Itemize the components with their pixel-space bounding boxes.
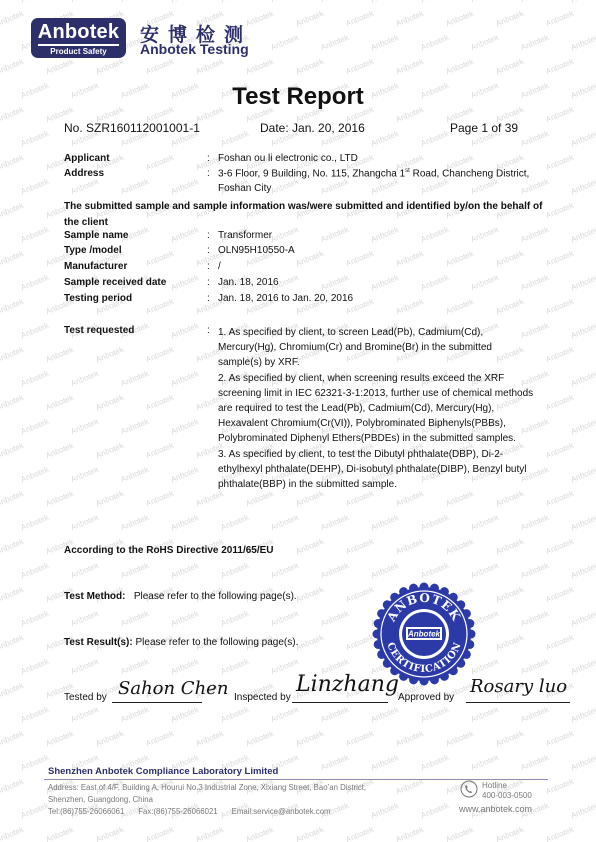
tested-signature-line — [112, 702, 202, 703]
test-method-value: Please refer to the following page(s). — [134, 591, 297, 602]
report-number: No. SZR160112001001-1 — [64, 121, 200, 135]
address-part: Road, Chancheng District, — [410, 168, 530, 179]
colon: : — [207, 293, 210, 304]
applicant-label: Applicant — [64, 153, 110, 164]
svg-text:Anbotek: Anbotek — [407, 630, 441, 639]
logo-divider — [38, 44, 119, 46]
sample-info-row: Sample received date:Jan. 18, 2016 — [64, 277, 544, 291]
sample-info-label: Type /model — [64, 245, 122, 256]
hotline-number: 400-003-0500 — [482, 791, 562, 801]
test-requested-item: 3. As specified by client, to test the D… — [218, 447, 538, 493]
sample-info-value: Jan. 18, 2016 to Jan. 20, 2016 — [218, 293, 353, 304]
sample-info-value: Transformer — [218, 230, 272, 241]
sample-info-label: Sample received date — [64, 277, 166, 288]
footer-website[interactable]: www.anbotek.com — [459, 804, 532, 814]
logo-main-text: Anbotek — [31, 21, 126, 43]
sample-info-value: OLN95H10550-A — [218, 245, 295, 256]
submission-note: The submitted sample and sample informat… — [64, 199, 544, 230]
address-value: 3-6 Floor, 9 Building, No. 115, Zhangcha… — [218, 168, 529, 179]
tested-signature: Sahon Chen — [118, 678, 228, 699]
sample-info-value: Jan. 18, 2016 — [218, 277, 279, 288]
test-requested-item: 2. As specified by client, when screenin… — [218, 371, 538, 447]
page-title: Test Report — [0, 83, 596, 111]
test-method-label: Test Method: — [64, 591, 125, 602]
address-line2: Foshan City — [218, 183, 271, 194]
sample-info-value: / — [218, 261, 221, 272]
approved-signature: Rosary luo — [470, 676, 567, 697]
footer-email[interactable]: Email:service@anbotek.com — [232, 807, 331, 816]
hotline-block: Hotline 400-003-0500 — [460, 780, 478, 803]
approved-by-label: Approved by — [398, 692, 454, 703]
colon: : — [207, 168, 210, 179]
footer-address-line2: Shenzhen, Guangdong, China — [48, 794, 366, 806]
sample-info-label: Testing period — [64, 293, 132, 304]
footer-address-line1: Address: East of 4/F, Building A, Hourui… — [48, 782, 366, 794]
colon: : — [207, 153, 210, 164]
address-part: 3-6 Floor, 9 Building, No. 115, Zhangcha… — [218, 168, 405, 179]
inspected-signature: Linzhang — [296, 672, 399, 697]
sample-info-row: Testing period:Jan. 18, 2016 to Jan. 20,… — [64, 293, 544, 307]
footer-contact: Address: East of 4/F, Building A, Hourui… — [48, 782, 366, 818]
address-row-2: Foshan City — [64, 183, 544, 197]
logo-sub-text: Product Safety — [31, 47, 126, 57]
anbotek-logo: Anbotek Product Safety — [31, 18, 126, 58]
inspected-by-label: Inspected by — [234, 692, 291, 703]
inspected-signature-line — [292, 702, 388, 703]
footer-company-name: Shenzhen Anbotek Compliance Laboratory L… — [48, 766, 278, 777]
sample-info-label: Manufacturer — [64, 261, 127, 272]
sample-info-row: Sample name:Transformer — [64, 230, 544, 244]
test-result: Test Result(s): Please refer to the foll… — [64, 637, 298, 648]
colon: : — [207, 325, 210, 336]
footer-tel: Tel:(86)755-26066061 — [48, 807, 124, 816]
footer-fax: Fax:(86)755-26066021 — [138, 807, 217, 816]
address-label: Address — [64, 168, 104, 179]
applicant-value: Foshan ou li electronic co., LTD — [218, 153, 358, 164]
colon: : — [207, 261, 210, 272]
colon: : — [207, 245, 210, 256]
test-result-value: Please refer to the following page(s). — [136, 637, 299, 648]
phone-icon — [460, 780, 478, 798]
test-requested-label: Test requested — [64, 325, 134, 336]
test-requested-list: 1. As specified by client, to screen Lea… — [218, 325, 538, 492]
report-date: Date: Jan. 20, 2016 — [260, 121, 365, 135]
test-result-label: Test Result(s): — [64, 637, 133, 648]
applicant-row: Applicant : Foshan ou li electronic co.,… — [64, 153, 544, 167]
approved-signature-line — [466, 702, 570, 703]
hotline-label: Hotline — [482, 781, 562, 791]
colon: : — [207, 277, 210, 288]
sample-info-row: Type /model:OLN95H10550-A — [64, 245, 544, 259]
address-row: Address : 3-6 Floor, 9 Building, No. 115… — [64, 168, 544, 182]
certification-stamp: ANBOTEK CERTIFICATION Anbotek — [372, 582, 476, 686]
tested-by-label: Tested by — [64, 692, 107, 703]
rohs-directive: According to the RoHS Directive 2011/65/… — [64, 545, 274, 556]
test-method: Test Method: Please refer to the followi… — [64, 591, 297, 602]
colon: : — [207, 230, 210, 241]
sample-info-row: Manufacturer:/ — [64, 261, 544, 275]
logo-english-text: Anbotek Testing — [140, 41, 249, 57]
sample-info-label: Sample name — [64, 230, 128, 241]
page-indicator: Page 1 of 39 — [450, 121, 518, 135]
test-requested-item: 1. As specified by client, to screen Lea… — [218, 325, 538, 371]
